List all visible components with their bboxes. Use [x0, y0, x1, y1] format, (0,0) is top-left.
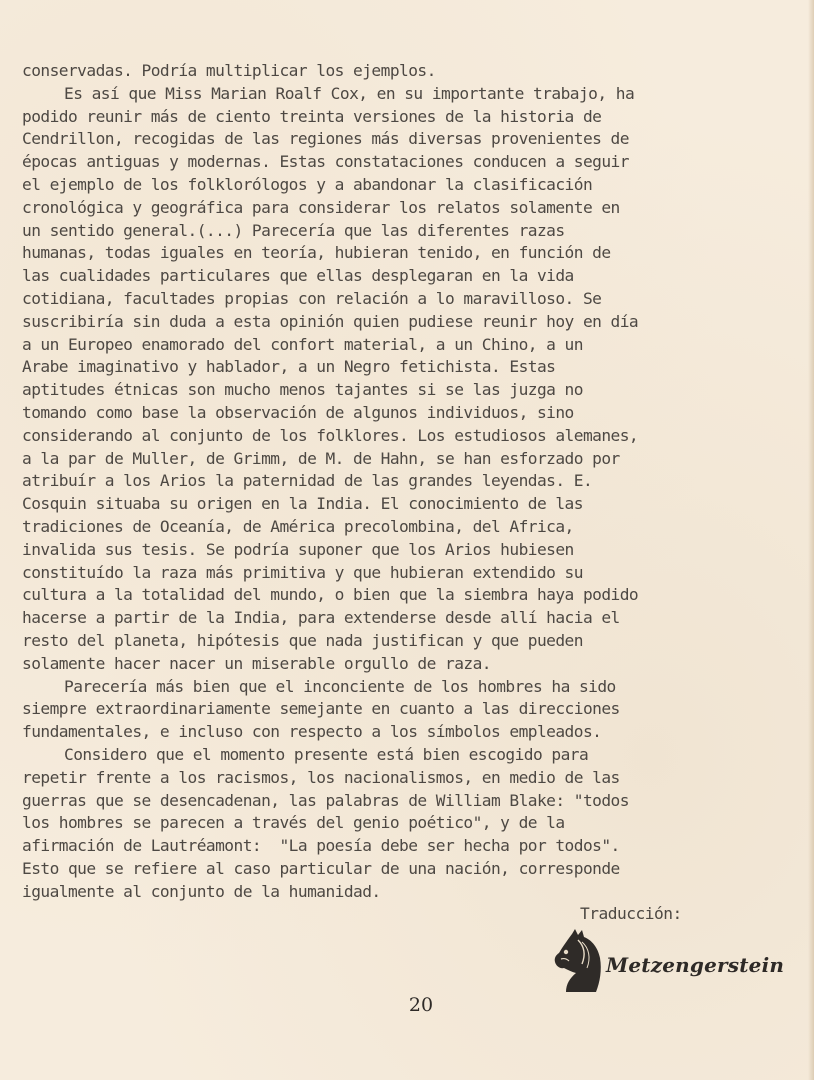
text-line: repetir frente a los racismos, los nacio… [22, 767, 812, 790]
text-line: el ejemplo de los folklorólogos y a aban… [22, 174, 812, 197]
text-line: cronológica y geográfica para considerar… [22, 197, 812, 220]
text-line: siempre extraordinariamente semejante en… [22, 698, 812, 721]
text-line: los hombres se parecen a través del geni… [22, 812, 812, 835]
text-line: solamente hacer nacer un miserable orgul… [22, 653, 812, 676]
body-text: conservadas. Podría multiplicar los ejem… [22, 60, 812, 903]
text-line: aptitudes étnicas son mucho menos tajant… [22, 379, 812, 402]
text-line: considerando al conjunto de los folklore… [22, 425, 812, 448]
text-line: a un Europeo enamorado del confort mater… [22, 334, 812, 357]
text-line: Considero que el momento presente está b… [22, 744, 812, 767]
text-line: Esto que se refiere al caso particular d… [22, 858, 812, 881]
translation-credit-label: Traducción: [580, 904, 682, 923]
translator-name: Metzengerstein [606, 953, 784, 977]
text-line: constituído la raza más primitiva y que … [22, 562, 812, 585]
text-line: hacerse a partir de la India, para exten… [22, 607, 812, 630]
page-number: 20 [0, 994, 814, 1016]
text-line: Parecería más bien que el inconciente de… [22, 676, 812, 699]
text-line: atribuír a los Arios la paternidad de la… [22, 470, 812, 493]
text-line: guerras que se desencadenan, las palabra… [22, 790, 812, 813]
text-line: suscribiría sin duda a esta opinión quie… [22, 311, 812, 334]
text-line: igualmente al conjunto de la humanidad. [22, 881, 812, 904]
text-line: las cualidades particulares que ellas de… [22, 265, 812, 288]
text-line: humanas, todas iguales en teoría, hubier… [22, 242, 812, 265]
text-line: Arabe imaginativo y hablador, a un Negro… [22, 356, 812, 379]
text-line: Cosquin situaba su origen en la India. E… [22, 493, 812, 516]
text-line: cultura a la totalidad del mundo, o bien… [22, 584, 812, 607]
text-line: tradiciones de Oceanía, de América preco… [22, 516, 812, 539]
chess-knight-horse-icon [552, 928, 608, 994]
text-line: conservadas. Podría multiplicar los ejem… [22, 60, 812, 83]
text-line: un sentido general.(...) Parecería que l… [22, 220, 812, 243]
text-line: épocas antiguas y modernas. Estas consta… [22, 151, 812, 174]
text-line: invalida sus tesis. Se podría suponer qu… [22, 539, 812, 562]
text-line: resto del planeta, hipótesis que nada ju… [22, 630, 812, 653]
text-line: cotidiana, facultades propias con relaci… [22, 288, 812, 311]
text-line: afirmación de Lautréamont: "La poesía de… [22, 835, 812, 858]
text-line: Cendrillon, recogidas de las regiones má… [22, 128, 812, 151]
text-line: podido reunir más de ciento treinta vers… [22, 106, 812, 129]
text-line: a la par de Muller, de Grimm, de M. de H… [22, 448, 812, 471]
translator-signature: Metzengerstein [552, 928, 782, 994]
text-line: Es así que Miss Marian Roalf Cox, en su … [22, 83, 812, 106]
text-line: tomando como base la observación de algu… [22, 402, 812, 425]
text-line: fundamentales, e incluso con respecto a … [22, 721, 812, 744]
